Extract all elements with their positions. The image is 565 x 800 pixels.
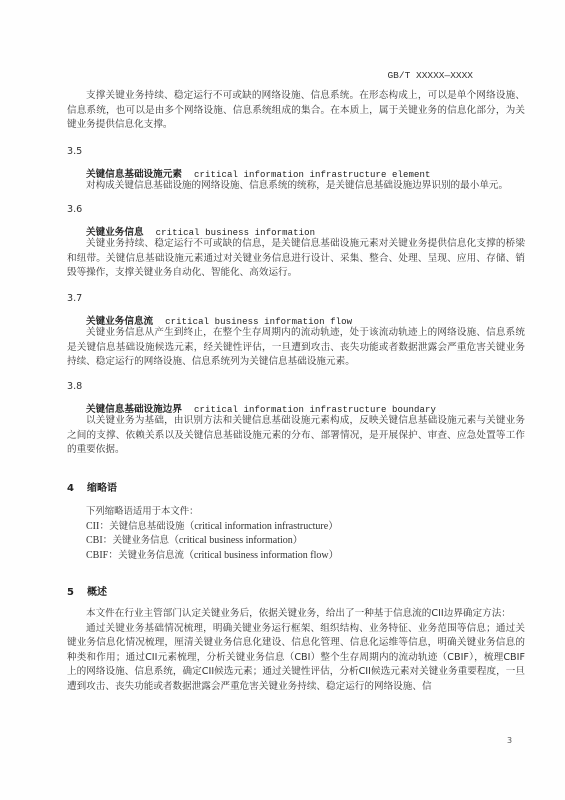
definition-text: 关键业务信息从产生到终止，在整个生存周期内的流动轨迹，处于该流动轨迹上的网络设施…: [67, 326, 525, 370]
section-5-heading: 5概述: [67, 583, 107, 598]
abbreviation-item: CBI：关键业务信息（critical business information…: [86, 534, 339, 549]
page-number: 3: [507, 736, 512, 745]
section-title: 缩略语: [87, 483, 117, 494]
section-5-body: 本文件在行业主管部门认定关键业务后，依据关键业务，给出了一种基于信息流的CII边…: [67, 607, 525, 695]
overview-paragraph-1: 本文件在行业主管部门认定关键业务后，依据关键业务，给出了一种基于信息流的CII边…: [67, 607, 525, 622]
overview-paragraph-2: 通过关键业务基础情况梳理，明确关键业务运行框架、组织结构、业务特征、业务范围等信…: [67, 622, 525, 695]
definition-3-6: 关键业务持续、稳定运行不可或缺的信息，是关键信息基础设施元素对关键业务提供信息化…: [67, 237, 525, 281]
abbreviations-intro: 下列缩略语适用于本文件：: [86, 505, 339, 520]
definition-text: 关键业务持续、稳定运行不可或缺的信息，是关键信息基础设施元素对关键业务提供信息化…: [67, 237, 525, 281]
abbr-code: CII：: [86, 521, 109, 532]
definition-text: 以关键业务为基础，由识别方法和关键信息基础设施元素构成，反映关键信息基础设施元素…: [67, 414, 525, 458]
abbr-en: （critical business information flow）: [184, 550, 339, 561]
clause-number-3-7: 3.7: [67, 293, 82, 304]
abbr-code: CBI：: [86, 535, 113, 546]
section-4-heading: 4缩略语: [67, 479, 117, 494]
intro-paragraph-text: 支撑关键业务持续、稳定运行不可或缺的网络设施、信息系统。在形态构成上，可以是单个…: [67, 89, 525, 133]
term-3-7: 关键业务信息流critical business information flo…: [86, 313, 352, 327]
abbr-en: （critical business information）: [169, 535, 303, 546]
term-3-8: 关键信息基础设施边界critical information infrastru…: [86, 401, 436, 415]
abbr-zh: 关键信息基础设施: [109, 521, 184, 532]
term-3-5: 关键信息基础设施元素critical information infrastru…: [86, 166, 430, 180]
abbreviations-list: 下列缩略语适用于本文件： CII：关键信息基础设施（critical infor…: [86, 505, 339, 563]
abbr-code: CBIF：: [86, 550, 118, 561]
term-3-6: 关键业务信息critical business information: [86, 224, 315, 238]
abbreviation-item: CBIF：关键业务信息流（critical business informati…: [86, 549, 339, 564]
section-number: 4: [67, 483, 87, 494]
intro-paragraph: 支撑关键业务持续、稳定运行不可或缺的网络设施、信息系统。在形态构成上，可以是单个…: [67, 89, 525, 133]
abbr-en: （critical information infrastructure）: [184, 521, 338, 532]
definition-text: 对构成关键信息基础设施的网络设施、信息系统的统称，是关键信息基础设施边界识别的最…: [67, 179, 525, 194]
document-page: GB/T XXXXX—XXXX 支撑关键业务持续、稳定运行不可或缺的网络设施、信…: [0, 0, 565, 800]
definition-3-7: 关键业务信息从产生到终止，在整个生存周期内的流动轨迹，处于该流动轨迹上的网络设施…: [67, 326, 525, 370]
document-code: GB/T XXXXX—XXXX: [387, 70, 473, 81]
clause-number-3-6: 3.6: [67, 204, 82, 215]
abbr-zh: 关键业务信息流: [118, 550, 184, 561]
clause-number-3-8: 3.8: [67, 381, 82, 392]
clause-number-3-5: 3.5: [67, 146, 82, 157]
section-number: 5: [67, 587, 87, 598]
section-title: 概述: [87, 587, 107, 598]
abbr-zh: 关键业务信息: [113, 535, 169, 546]
abbreviation-item: CII：关键信息基础设施（critical information infras…: [86, 520, 339, 535]
definition-3-5: 对构成关键信息基础设施的网络设施、信息系统的统称，是关键信息基础设施边界识别的最…: [67, 179, 525, 194]
definition-3-8: 以关键业务为基础，由识别方法和关键信息基础设施元素构成，反映关键信息基础设施元素…: [67, 414, 525, 458]
